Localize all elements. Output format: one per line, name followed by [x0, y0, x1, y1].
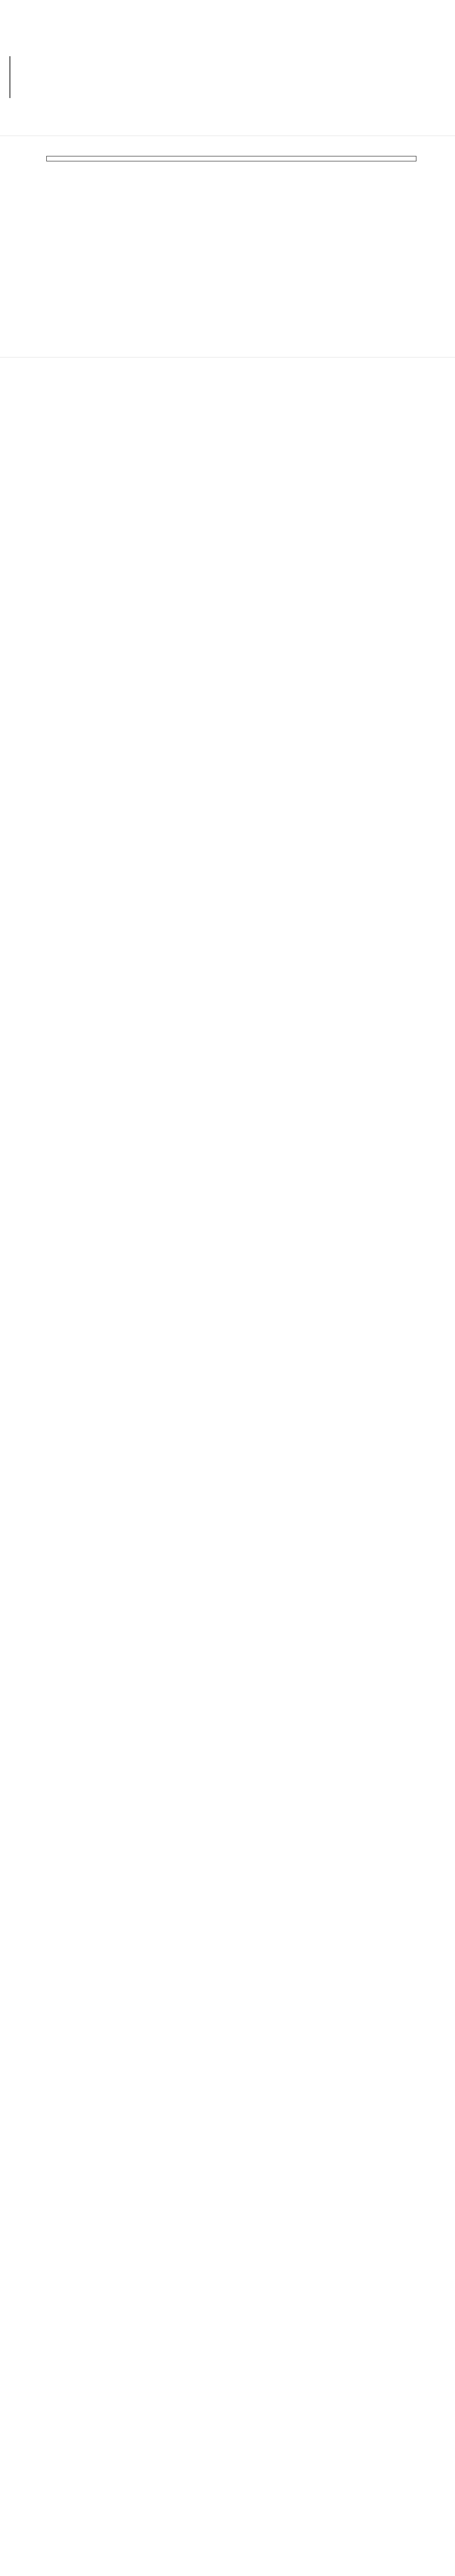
staple-mark: [9, 56, 10, 98]
page-1: [0, 0, 455, 644]
company-intro-box: [46, 156, 416, 161]
